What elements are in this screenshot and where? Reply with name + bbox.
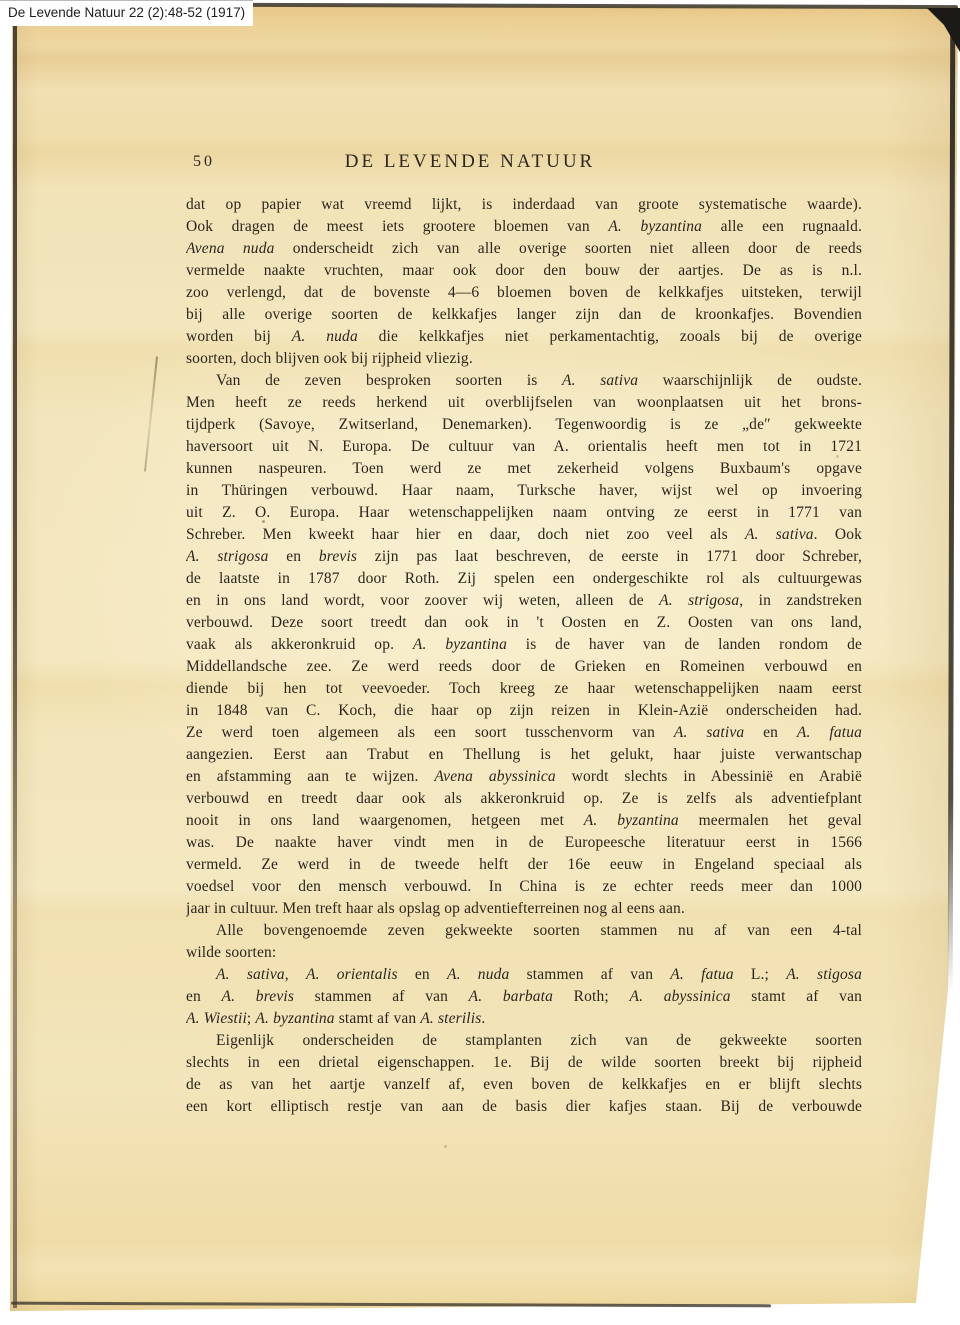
text-line: Avena nuda onderscheidt zich van alle ov…	[186, 238, 862, 260]
text-segment: . Ook	[814, 526, 862, 543]
species-name: brevis	[319, 548, 357, 565]
text-segment: worden bij	[186, 328, 292, 345]
text-segment: bij alle overige soorten de kelkkafjes l…	[186, 306, 862, 323]
species-name: A. sativa	[216, 966, 285, 983]
text-segment: nooit in ons land waargenomen, hetgeen m…	[186, 812, 584, 829]
text-segment: Middellandsche zee. Ze werd reeds door d…	[186, 658, 862, 675]
text-line: diende bij hen tot veevoeder. Toch kreeg…	[186, 678, 862, 700]
species-name: A. strigosa	[186, 548, 269, 565]
text-segment: Men heeft ze reeds herkend uit overblijf…	[186, 394, 862, 411]
species-name: A. byzantina	[255, 1010, 334, 1027]
text-line: kunnen naspeuren. Toen werd ze met zeker…	[186, 458, 862, 480]
text-line: wilde soorten:	[186, 942, 862, 964]
text-segment: voedsel voor den mensch verbouwd. In Chi…	[186, 878, 862, 895]
text-line: vermeld. Ze werd in de tweede helft der …	[186, 854, 862, 876]
text-segment: slechts in een drietal eigenschappen. 1e…	[186, 1054, 862, 1071]
text-segment: soorten, doch blijven ook bij rijpheid v…	[186, 350, 473, 367]
text-segment: en in ons land wordt, voor zoover wij we…	[186, 592, 659, 609]
text-segment: zijn pas laat beschreven, de eerste in 1…	[357, 548, 862, 565]
species-name: A. abyssinica	[629, 988, 730, 1005]
text-segment: .	[481, 1010, 485, 1027]
text-line: slechts in een drietal eigenschappen. 1e…	[186, 1052, 862, 1074]
text-segment: stammen af van	[294, 988, 469, 1005]
speck-artifact	[262, 520, 265, 523]
citation-strip: De Levende Natuur 22 (2):48-52 (1917)	[0, 0, 253, 26]
text-segment: waarschijnlijk de oudste.	[638, 372, 862, 389]
text-line: verbouwd en treedt daar ook als akkeronk…	[186, 788, 862, 810]
text-segment: in Thüringen verbouwd. Haar naam, Turksc…	[186, 482, 862, 499]
text-segment: een kort elliptisch restje van aan de ba…	[186, 1098, 862, 1115]
text-line: Eigenlijk onderscheiden de stamplanten z…	[186, 1030, 862, 1052]
text-segment: in 1848 van C. Koch, die haar op zijn re…	[186, 702, 862, 719]
text-segment: stamt af van	[731, 988, 862, 1005]
species-name: A. stigosa	[786, 966, 862, 983]
species-name: A. sativa	[745, 526, 814, 543]
text-line: zoo verlengd, dat de bovenste 4—6 bloeme…	[186, 282, 862, 304]
text-line: A. sativa, A. orientalis en A. nuda stam…	[186, 964, 862, 986]
text-segment: stamt af van	[335, 1010, 421, 1027]
text-line: Middellandsche zee. Ze werd reeds door d…	[186, 656, 862, 678]
text-segment: L.;	[734, 966, 786, 983]
text-line: bij alle overige soorten de kelkkafjes l…	[186, 304, 862, 326]
text-segment: wilde soorten:	[186, 944, 276, 961]
text-segment: tijdperk (Savoye, Zwitserland, Denemarke…	[186, 416, 862, 433]
species-name: A. brevis	[222, 988, 294, 1005]
text-segment: zoo verlengd, dat de bovenste 4—6 bloeme…	[186, 284, 862, 301]
text-line: A. Wiestii; A. byzantina stamt af van A.…	[186, 1008, 862, 1030]
text-line: de laatste in 1787 door Roth. Zij spelen…	[186, 568, 862, 590]
text-segment: was. De naakte haver vindt men in de Eur…	[186, 834, 862, 851]
text-segment: Eigenlijk onderscheiden de stamplanten z…	[216, 1032, 862, 1049]
text-line: in Thüringen verbouwd. Haar naam, Turksc…	[186, 480, 862, 502]
text-segment: jaar in cultuur. Men treft haar als opsl…	[186, 900, 685, 917]
text-segment: die kelkkafjes niet perkamentachtig, zoo…	[358, 328, 862, 345]
text-segment: en	[186, 988, 222, 1005]
species-name: A. byzantina	[413, 636, 507, 653]
text-segment: haversoort uit N. Europa. De cultuur van…	[186, 438, 862, 455]
text-line: Alle bovengenoemde zeven gekweekte soort…	[186, 920, 862, 942]
text-segment: Alle bovengenoemde zeven gekweekte soort…	[216, 922, 862, 939]
text-segment: de laatste in 1787 door Roth. Zij spelen…	[186, 570, 862, 587]
text-line: en afstamming aan te wijzen. Avena abyss…	[186, 766, 862, 788]
text-segment: vaak als akkeronkruid op.	[186, 636, 413, 653]
text-line: aangezien. Eerst aan Trabut en Thellung …	[186, 744, 862, 766]
text-line: Ook dragen de meest iets grootere bloeme…	[186, 216, 862, 238]
text-line: Van de zeven besproken soorten is A. sat…	[186, 370, 862, 392]
scanned-journal-page: { "citation": "De Levende Natuur 22 (2):…	[0, 0, 960, 1325]
citation-text: De Levende Natuur 22 (2):48-52 (1917)	[8, 5, 245, 20]
text-segment: vermeld. Ze werd in de tweede helft der …	[186, 856, 862, 873]
text-line: en A. brevis stammen af van A. barbata R…	[186, 986, 862, 1008]
text-segment: en	[744, 724, 797, 741]
text-line: jaar in cultuur. Men treft haar als opsl…	[186, 898, 862, 920]
text-line: soorten, doch blijven ook bij rijpheid v…	[186, 348, 862, 370]
text-line: de as van het aartje vanzelf af, even bo…	[186, 1074, 862, 1096]
text-line: dat op papier wat vreemd lijkt, is inder…	[186, 194, 862, 216]
species-name: A. sativa	[562, 372, 638, 389]
species-name: A. sativa	[674, 724, 744, 741]
text-line: nooit in ons land waargenomen, hetgeen m…	[186, 810, 862, 832]
text-line: was. De naakte haver vindt men in de Eur…	[186, 832, 862, 854]
text-line: uit Z. O. Europa. Haar wetenschappelijke…	[186, 502, 862, 524]
text-segment: aangezien. Eerst aan Trabut en Thellung …	[186, 746, 862, 763]
text-line: haversoort uit N. Europa. De cultuur van…	[186, 436, 862, 458]
text-segment: en	[269, 548, 319, 565]
species-name: A. fatua	[797, 724, 862, 741]
text-segment: vermelde naakte vruchten, maar ook door …	[186, 262, 862, 279]
text-segment: diende bij hen tot veevoeder. Toch kreeg…	[186, 680, 862, 697]
text-segment: uit Z. O. Europa. Haar wetenschappelijke…	[186, 504, 862, 521]
text-segment: Van de zeven besproken soorten is	[216, 372, 562, 389]
text-line: Schreber. Men kweekt haar hier en daar, …	[186, 524, 862, 546]
species-name: A. byzantina	[608, 218, 702, 235]
text-segment: Ze werd toen algemeen als een soort tuss…	[186, 724, 674, 741]
species-name: A. orientalis	[306, 966, 398, 983]
text-line: worden bij A. nuda die kelkkafjes niet p…	[186, 326, 862, 348]
text-segment: wordt slechts in Abessinië en Arabië	[556, 768, 862, 785]
species-name: A. nuda	[292, 328, 358, 345]
species-name: A. strigosa	[659, 592, 739, 609]
speck-artifact	[836, 455, 839, 458]
species-name: Avena abyssinica	[434, 768, 555, 785]
species-name: Avena nuda	[186, 240, 275, 257]
speck-artifact	[444, 1145, 447, 1148]
text-segment: , in zandstreken	[739, 592, 862, 609]
text-segment: verbouwd. Deze soort treedt dan ook in '…	[186, 614, 862, 631]
text-segment: dat op papier wat vreemd lijkt, is inder…	[186, 196, 862, 213]
text-segment: Roth;	[553, 988, 629, 1005]
text-segment: ,	[285, 966, 306, 983]
species-name: A. nuda	[447, 966, 509, 983]
text-segment: en afstamming aan te wijzen.	[186, 768, 434, 785]
text-line: in 1848 van C. Koch, die haar op zijn re…	[186, 700, 862, 722]
species-name: A. sterilis	[420, 1010, 481, 1027]
text-segment: kunnen naspeuren. Toen werd ze met zeker…	[186, 460, 862, 477]
text-segment: Ook dragen de meest iets grootere bloeme…	[186, 218, 608, 235]
text-segment: alle een rugnaald.	[702, 218, 862, 235]
species-name: A. Wiestii	[186, 1010, 247, 1027]
text-line: Ze werd toen algemeen als een soort tuss…	[186, 722, 862, 744]
text-segment: meermalen het geval	[679, 812, 862, 829]
text-segment: Schreber. Men kweekt haar hier en daar, …	[186, 526, 745, 543]
text-line: vermelde naakte vruchten, maar ook door …	[186, 260, 862, 282]
text-line: verbouwd. Deze soort treedt dan ook in '…	[186, 612, 862, 634]
text-line: een kort elliptisch restje van aan de ba…	[186, 1096, 862, 1118]
text-line: vaak als akkeronkruid op. A. byzantina i…	[186, 634, 862, 656]
body-text: dat op papier wat vreemd lijkt, is inder…	[186, 194, 862, 1118]
text-segment: stammen af van	[509, 966, 670, 983]
text-line: voedsel voor den mensch verbouwd. In Chi…	[186, 876, 862, 898]
text-segment: en	[398, 966, 447, 983]
text-segment: de as van het aartje vanzelf af, even bo…	[186, 1076, 862, 1093]
text-line: tijdperk (Savoye, Zwitserland, Denemarke…	[186, 414, 862, 436]
page-edge-left	[13, 8, 17, 1308]
species-name: A. byzantina	[584, 812, 679, 829]
text-line: Men heeft ze reeds herkend uit overblijf…	[186, 392, 862, 414]
species-name: A. barbata	[469, 988, 553, 1005]
text-line: en in ons land wordt, voor zoover wij we…	[186, 590, 862, 612]
text-segment: verbouwd en treedt daar ook als akkeronk…	[186, 790, 862, 807]
text-segment: onderscheidt zich van alle overige soort…	[275, 240, 863, 257]
text-segment: is de haver van de landen rondom de	[507, 636, 862, 653]
species-name: A. fatua	[670, 966, 733, 983]
text-line: A. strigosa en brevis zijn pas laat besc…	[186, 546, 862, 568]
journal-title: DE LEVENDE NATUUR	[185, 151, 755, 173]
